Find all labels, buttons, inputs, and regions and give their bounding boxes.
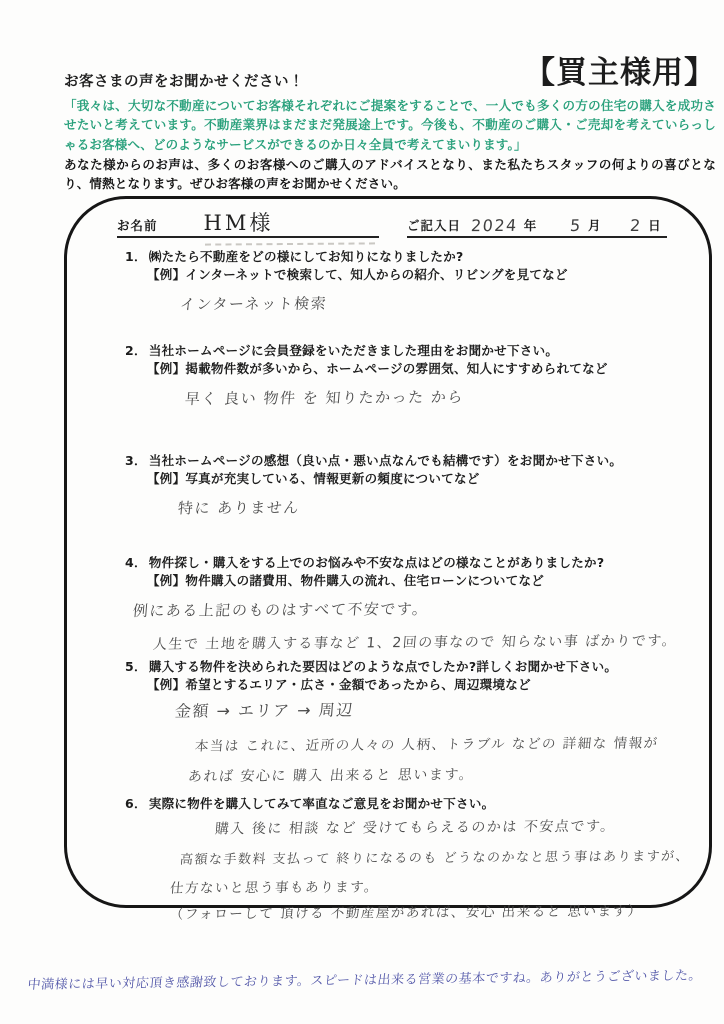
question-6: 6．実際に物件を購入してみて率直なご意見をお聞かせ下さい。 購入 後に 相談 な… bbox=[125, 795, 675, 923]
question-1: 1．㈱たたら不動産をどの様にしてお知りになりましたか? 【例】インターネットで検… bbox=[125, 248, 675, 314]
question-2-title: 2．当社ホームページに会員登録をいただきました理由をお聞かせ下さい。 bbox=[125, 342, 675, 360]
question-5-handwritten-answer-line3: あれば 安心に 購入 出来ると 思います。 bbox=[187, 765, 475, 787]
question-3-example: 【例】写真が充実している、情報更新の頻度についてなど bbox=[147, 470, 675, 488]
question-6-handwritten-answer-line2: 高額な手数料 支払って 終りになるのも どうなのかなと思う事はありますが、 bbox=[179, 847, 691, 871]
redacted-name-scribble bbox=[205, 242, 375, 245]
date-year-value: 2024 bbox=[470, 218, 518, 234]
question-3-handwritten-answer: 特に ありません bbox=[177, 498, 300, 519]
survey-scan-page: お客さまの声をお聞かせください！ 【買主様用】 「我々は、大切な不動産についてお… bbox=[0, 0, 724, 1024]
buyer-badge: 【買主様用】 bbox=[524, 56, 716, 90]
question-6-title: 6．実際に物件を購入してみて率直なご意見をお聞かせ下さい。 bbox=[125, 795, 675, 813]
question-5: 5．購入する物件を決められた要因はどのような点でしたか?詳しくお聞かせ下さい。 … bbox=[125, 658, 675, 786]
page-title: お客さまの声をお聞かせください！ bbox=[64, 70, 304, 91]
question-4-handwritten-answer-line1: 例にある上記のものはすべて不安です。 bbox=[132, 599, 429, 621]
question-3-number: 3． bbox=[125, 453, 147, 468]
question-6-number: 6． bbox=[125, 796, 147, 811]
question-5-example: 【例】希望とするエリア・広さ・金額であったから、周辺環境など bbox=[147, 676, 675, 694]
date-label: ご記入日 bbox=[407, 216, 461, 234]
date-month-unit: 月 bbox=[588, 216, 601, 234]
question-5-handwritten-answer-line1: 金額 → エリア → 周辺 bbox=[174, 700, 354, 721]
question-2-example: 【例】掲載物件数が多いから、ホームページの雰囲気、知人にすすめられてなど bbox=[147, 360, 675, 378]
question-1-text: ㈱たたら不動産をどの様にしてお知りになりましたか? bbox=[149, 249, 464, 264]
question-1-title: 1．㈱たたら不動産をどの様にしてお知りになりましたか? bbox=[125, 248, 675, 266]
question-6-text: 実際に物件を購入してみて率直なご意見をお聞かせ下さい。 bbox=[149, 796, 495, 811]
question-5-text: 購入する物件を決められた要因はどのような点でしたか?詳しくお聞かせ下さい。 bbox=[149, 659, 617, 674]
question-4: 4．物件探し・購入をする上でのお悩みや不安な点はどの様なことがありましたか? 【… bbox=[125, 554, 675, 653]
intro-text: あなた様からのお声は、多くのお客様へのご購入のアドバイスとなり、また私たちスタッ… bbox=[64, 156, 716, 194]
question-3-text: 当社ホームページの感想（良い点・悪い点なんでも結構です）をお聞かせ下さい。 bbox=[149, 453, 622, 468]
date-day-unit: 日 bbox=[648, 216, 661, 234]
question-4-text: 物件探し・購入をする上でのお悩みや不安な点はどの様なことがありましたか? bbox=[149, 555, 605, 570]
date-field: ご記入日 2024 年 5 月 2 日 bbox=[407, 213, 667, 238]
name-value: HM様 bbox=[204, 213, 274, 234]
question-1-example: 【例】インターネットで検索して、知人からの紹介、リビングを見てなど bbox=[147, 266, 675, 284]
question-3: 3．当社ホームページの感想（良い点・悪い点なんでも結構です）をお聞かせ下さい。 … bbox=[125, 452, 675, 518]
date-day-value: 2 bbox=[630, 218, 643, 234]
question-6-handwritten-answer-line1: 購入 後に 相談 など 受けてもらえるのかは 不安点です。 bbox=[214, 817, 616, 840]
question-6-handwritten-answer-line3: 仕方ないと思う事もあります。 bbox=[169, 877, 380, 898]
question-5-title: 5．購入する物件を決められた要因はどのような点でしたか?詳しくお聞かせ下さい。 bbox=[125, 658, 675, 676]
question-1-handwritten-answer: インターネット検索 bbox=[179, 293, 328, 314]
question-3-title: 3．当社ホームページの感想（良い点・悪い点なんでも結構です）をお聞かせ下さい。 bbox=[125, 452, 675, 470]
staff-thanks-handwritten-note: 中満様には早い対応頂き感謝致しております。スピードは出来る営業の基本ですね。あり… bbox=[27, 967, 722, 995]
name-label: お名前 bbox=[117, 216, 158, 234]
question-2: 2．当社ホームページに会員登録をいただきました理由をお聞かせ下さい。 【例】掲載… bbox=[125, 342, 675, 408]
question-4-handwritten-answer-line2: 人生で 土地を購入する事など 1、2回の事なので 知らない事 ばかりです。 bbox=[152, 631, 678, 655]
company-quote: 「我々は、大切な不動産についてお客様それぞれにご提案をすることで、一人でも多くの… bbox=[64, 96, 716, 154]
question-4-number: 4． bbox=[125, 555, 147, 570]
question-2-number: 2． bbox=[125, 343, 147, 358]
question-4-example: 【例】物件購入の諸費用、物件購入の流れ、住宅ローンについてなど bbox=[147, 572, 675, 590]
date-year-unit: 年 bbox=[524, 216, 537, 234]
form-header: お名前 HM様 ご記入日 2024 年 5 月 2 日 bbox=[117, 213, 667, 238]
survey-form: お名前 HM様 ご記入日 2024 年 5 月 2 日 1．㈱たたら不動産をどの… bbox=[64, 196, 712, 908]
date-month-value: 5 bbox=[570, 218, 583, 234]
header: お客さまの声をお聞かせください！ 【買主様用】 「我々は、大切な不動産についてお… bbox=[64, 56, 716, 194]
question-2-text: 当社ホームページに会員登録をいただきました理由をお聞かせ下さい。 bbox=[149, 343, 558, 358]
question-4-title: 4．物件探し・購入をする上でのお悩みや不安な点はどの様なことがありましたか? bbox=[125, 554, 675, 572]
name-field: お名前 HM様 bbox=[117, 213, 379, 238]
question-6-handwritten-answer-line4: （フォローして 頂ける 不動産屋があれば、安心 出来ると 思います） bbox=[169, 901, 643, 924]
question-5-handwritten-answer-line2: 本当は これに、近所の人々の 人柄、トラブル などの 詳細な 情報が bbox=[194, 733, 659, 756]
question-1-number: 1． bbox=[125, 249, 147, 264]
question-2-handwritten-answer: 早く 良い 物件 を 知りたかった から bbox=[184, 387, 465, 409]
question-5-number: 5． bbox=[125, 659, 147, 674]
